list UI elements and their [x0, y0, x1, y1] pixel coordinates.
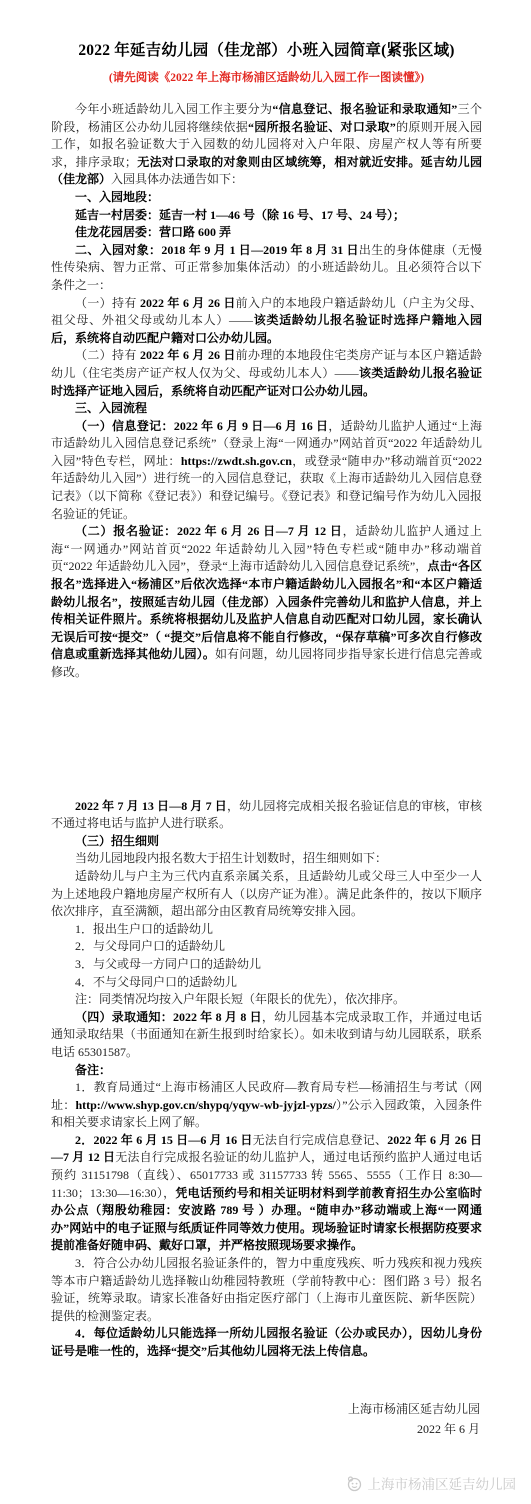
step-1-registration: （一）信息登记：2022 年 6 月 9 日—6 月 16 日，适龄幼儿监护人通… — [51, 418, 482, 524]
condition-2: （二）持有 2022 年 6 月 26 日前办理的本地段住宅类房产证与本区户籍适… — [51, 347, 482, 400]
signature-block: 上海市杨浦区延吉幼儿园 2022 年 6 月 — [51, 1399, 482, 1439]
text-run: https://zwdt.sh.gov.cn — [181, 454, 292, 468]
text-run: （四）录取通知： — [75, 1010, 173, 1024]
text-run: 延吉一村居委：延吉一村 1—46 号（除 16 号、17 号、24 号）； — [75, 208, 405, 222]
text-run: “信息登记、报名验证和录取通知” — [272, 102, 457, 116]
section-1-heading: 一、入园地段： — [51, 189, 482, 207]
text-run: 备注： — [75, 1063, 111, 1077]
text-run: 1．报出生户口的适龄幼儿 — [75, 922, 213, 936]
document-subtitle: (请先阅读《2022 年上海市杨浦区适龄幼儿入园工作一图读懂》) — [51, 70, 482, 86]
priority-item-1: 1．报出生户口的适龄幼儿 — [51, 921, 482, 939]
text-run: 2022 年 6 月 9 日—6 月 16 日 — [174, 419, 329, 433]
document-page: 2022 年延吉幼儿园（佳龙部）小班入园简章(紧张区域) (请先阅读《2022 … — [0, 0, 531, 1504]
text-run: 佳龙花园居委：营口路 600 弄 — [75, 225, 231, 239]
text-run: （一）信息登记： — [75, 419, 174, 433]
text-run: 2． — [75, 1133, 93, 1147]
text-run: 当幼儿园地段内报名数大于招生计划数时，招生细则如下： — [75, 851, 387, 865]
kindergarten-logo-icon — [346, 1475, 363, 1492]
text-run: （二）报名验证： — [75, 524, 177, 538]
priority-item-4: 4．不与父母同户口的适龄幼儿 — [51, 974, 482, 992]
priority-item-2: 2．与父母同户口的适龄幼儿 — [51, 938, 482, 956]
page-break-gap — [51, 682, 482, 798]
text-run: （二）持有 — [75, 348, 140, 362]
rules-intro: 当幼儿园地段内报名数大于招生计划数时，招生细则如下： — [51, 850, 482, 868]
text-run: 4．每位适龄幼儿只能选择一所幼儿园报名验证（公办或民办），因幼儿身份证号是唯一性… — [51, 1326, 482, 1358]
review-period-paragraph: 2022 年 7 月 13 日—8 月 7 日，幼儿园将完成相关报名验证信息的审… — [51, 798, 482, 833]
watermark-text: 上海市杨浦区延吉幼儿园 — [368, 1473, 517, 1493]
signature-organization: 上海市杨浦区延吉幼儿园 — [51, 1399, 480, 1419]
text-run: 2022 年 6 月 26 日—7 月 12 日 — [177, 524, 343, 538]
district-yanji: 延吉一村居委：延吉一村 1—46 号（除 16 号、17 号、24 号）； — [51, 207, 482, 225]
district-jialong: 佳龙花园居委：营口路 600 弄 — [51, 224, 482, 242]
remark-4: 4．每位适龄幼儿只能选择一所幼儿园报名验证（公办或民办），因幼儿身份证号是唯一性… — [51, 1325, 482, 1360]
text-run: 2022 年 8 月 8 日 — [173, 1010, 262, 1024]
section-3-heading: 三、入园流程 — [51, 400, 482, 418]
text-run: 2018 年 9 月 1 日—2019 年 8 月 31 日 — [161, 243, 358, 257]
text-run: 无法自行完成信息登记、 — [253, 1133, 388, 1147]
text-run: 2022 年 6 月 26 日 — [140, 348, 236, 362]
text-run: 2．与父母同户口的适龄幼儿 — [75, 939, 225, 953]
text-run: 适龄幼儿与户主为三代内直系亲属关系，且适龄幼儿或父母三人中至少一人为上述地段户籍… — [51, 869, 482, 918]
document-body: 今年小班适龄幼儿入园工作主要分为“信息登记、报名验证和录取通知”三个阶段，杨浦区… — [51, 101, 482, 1361]
text-run: “园所报名验证、对口录取” — [248, 120, 396, 134]
text-run: 今年小班适龄幼儿入园工作主要分为 — [75, 102, 272, 116]
intro-paragraph: 今年小班适龄幼儿入园工作主要分为“信息登记、报名验证和录取通知”三个阶段，杨浦区… — [51, 101, 482, 189]
text-run: （一）持有 — [75, 296, 140, 310]
condition-1: （一）持有 2022 年 6 月 26 日前入户的本地段户籍适龄幼儿（户主为父母… — [51, 295, 482, 348]
document-title: 2022 年延吉幼儿园（佳龙部）小班入园简章(紧张区域) — [51, 40, 482, 62]
step-2-verification: （二）报名验证：2022 年 6 月 26 日—7 月 12 日，适龄幼儿监护人… — [51, 523, 482, 681]
text-run: 一、入园地段： — [75, 190, 159, 204]
watermark: 上海市杨浦区延吉幼儿园 — [346, 1473, 517, 1493]
step-3-heading: （三）招生细则 — [51, 833, 482, 851]
remark-3: 3．符合公办幼儿园报名验证条件的，智力中重度残疾、听力残疾和视力残疾等本市户籍适… — [51, 1255, 482, 1325]
text-run: 4．不与父母同户口的适龄幼儿 — [75, 975, 237, 989]
section-2-heading-paragraph: 二、入园对象：2018 年 9 月 1 日—2019 年 8 月 31 日出生的… — [51, 242, 482, 295]
remarks-heading: 备注： — [51, 1062, 482, 1080]
priority-note: 注：同类情况均按入户年限长短（年限长的优先），依次排序。 — [51, 991, 482, 1009]
priority-item-3: 3．与父或母一方同户口的适龄幼儿 — [51, 956, 482, 974]
step-4-notice: （四）录取通知：2022 年 8 月 8 日，幼儿园基本完成录取工作，并通过电话… — [51, 1009, 482, 1062]
text-run: 2022 年 6 月 26 日 — [140, 296, 236, 310]
text-run: 三、入园流程 — [75, 401, 147, 415]
text-run: （三）招生细则 — [75, 834, 159, 848]
rules-condition: 适龄幼儿与户主为三代内直系亲属关系，且适龄幼儿或父母三人中至少一人为上述地段户籍… — [51, 868, 482, 921]
text-run: 3．符合公办幼儿园报名验证条件的，智力中重度残疾、听力残疾和视力残疾等本市户籍适… — [51, 1256, 482, 1323]
text-run: 入园具体办法通告如下： — [111, 172, 243, 186]
remark-2: 2．2022 年 6 月 15 日—6 月 16 日无法自行完成信息登记、202… — [51, 1132, 482, 1255]
text-run: 二、入园对象： — [75, 243, 161, 257]
text-run: 2022 年 6 月 15 日—6 月 16 日 — [93, 1133, 252, 1147]
text-run: http://www.shyp.gov.cn/shypq/yqyw-wb-jyj… — [75, 1098, 335, 1112]
text-run: 注：同类情况均按入户年限长短（年限长的优先），依次排序。 — [75, 992, 405, 1006]
text-run: 3．与父或母一方同户口的适龄幼儿 — [75, 957, 261, 971]
text-run: 2022 年 7 月 13 日—8 月 7 日 — [75, 799, 227, 813]
remark-1: 1．教育局通过“上海市杨浦区人民政府—教育局专栏—杨浦招生与考试（网址：http… — [51, 1079, 482, 1132]
signature-date: 2022 年 6 月 — [51, 1419, 480, 1439]
